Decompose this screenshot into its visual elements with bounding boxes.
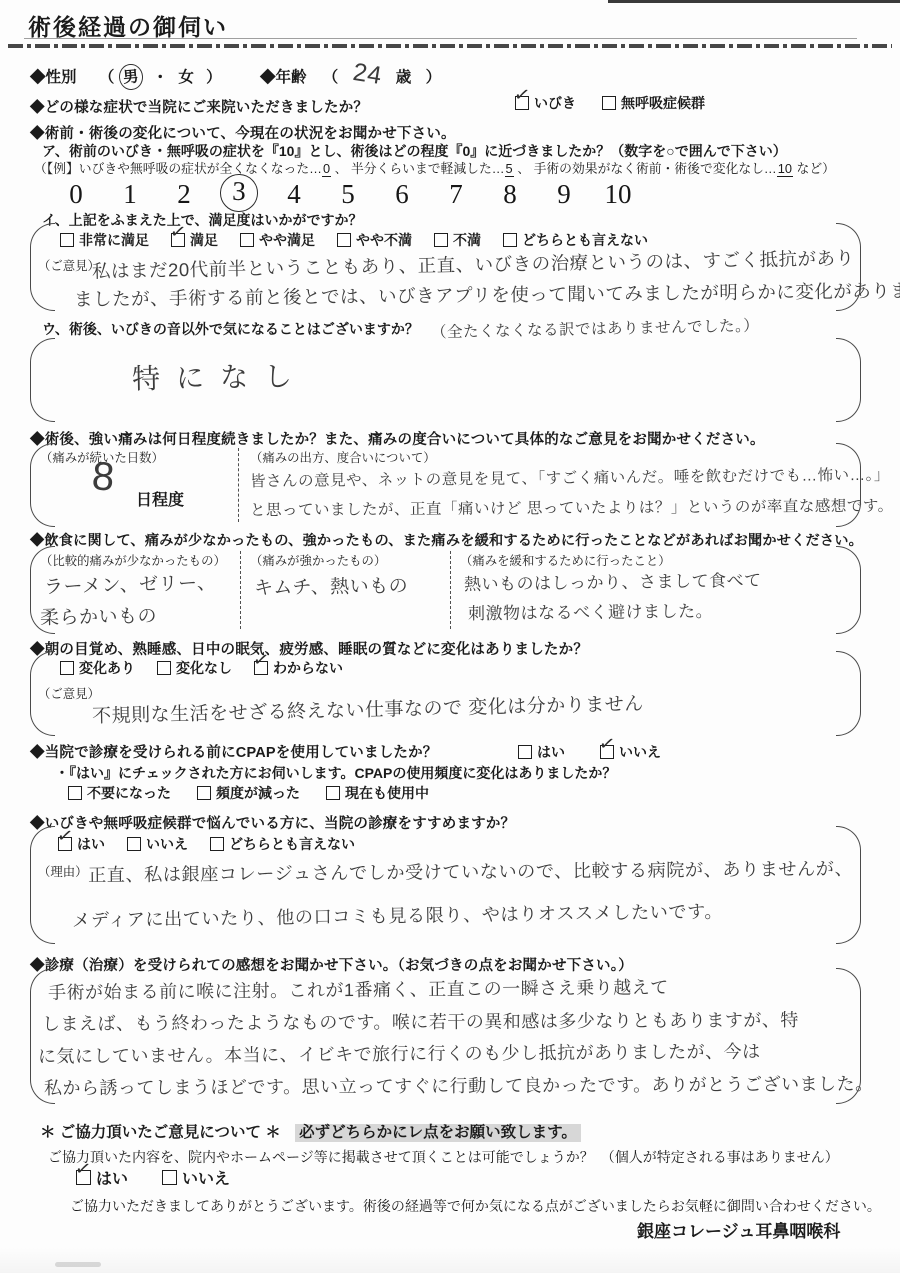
checkbox-label: どちらとも言えない [229,834,355,854]
checkbox-box: ✓ [503,233,517,247]
profile-row: ◆性別 （ 男 ・ 女 ） ◆年齢 （ 24 歳 ） [30,60,441,90]
checkbox-label: どちらとも言えない [522,230,648,250]
check-icon: ✓ [168,222,187,243]
scale-1[interactable]: 1 [112,176,148,212]
satisfaction-box: ✓非常に満足 ✓満足 ✓やや満足 ✓やや不満 ✓不満 ✓どちらとも言えない （ご… [30,223,861,311]
checkbox-label: 現在も使用中 [345,783,429,803]
checkbox-box: ✓ [127,837,141,851]
survey-form-page: 術後経過の御伺い ◆性別 （ 男 ・ 女 ） ◆年齢 （ 24 歳 ） ◆どの様… [0,0,900,1273]
publish-options: ✓はい ✓いいえ [76,1166,230,1189]
comment-label: （ご意見） [38,256,100,274]
handwritten-impression-line: に気にしていません。本当に、イビキで旅行に行くのも少し抵抗がありましたが、今は [38,1037,761,1068]
checkbox-label: やや不満 [356,230,412,250]
paren: ） [426,69,442,86]
check-icon: ✓ [73,1159,92,1180]
handwritten-eating-line: キムチ、熱いもの [254,571,408,600]
checkbox-publish-yes[interactable]: ✓はい [76,1166,128,1189]
checkbox-no-change[interactable]: ✓変化なし [157,658,232,678]
checkbox-still-using[interactable]: ✓現在も使用中 [326,783,429,803]
checkbox-label: やや満足 [259,230,315,250]
scale-8[interactable]: 8 [492,176,528,212]
handwritten-pain-line: 皆さんの意見や、ネットの意見を見て、「すごく痛いんだ。唾を飲むだけでも…怖い…。… [250,463,890,492]
checkbox-snoring[interactable]: ✓ いびき [515,93,576,113]
checkbox-box: ✓ [515,96,529,110]
footer-note-prefix: ＊ ご協力頂いたご意見について ＊ [40,1124,281,1141]
checkbox-no-longer-needed[interactable]: ✓不要になった [68,783,171,803]
eating-box: （比較的痛みが少なかったもの） （痛みが強かったもの） （痛みを緩和するために行… [30,546,861,634]
handwritten-reason-line: メディアに出ていたり、他の口コミも見る限り、やはりオススメしたいです。 [72,897,723,932]
checkbox-box: ✓ [602,96,616,110]
scale-2[interactable]: 2 [166,176,202,212]
checkbox-very-satisfied[interactable]: ✓非常に満足 [60,230,149,250]
age-value-handwritten: 24 [351,58,384,91]
scale-0[interactable]: 0 [58,176,94,212]
dot-separator: ・ [152,69,168,86]
checkbox-satisfied[interactable]: ✓満足 [171,230,218,250]
checkbox-box: ✓ [326,786,340,800]
scan-artifact-bottom [55,1262,101,1267]
scale-4[interactable]: 4 [276,176,312,212]
handwritten-impression-line: 手術が始まる前に喉に注射。これが1番痛く、正直この一瞬さえ乗り越えて [48,973,669,1004]
cpap-question: ◆当院で診療を受けられる前にCPAPを使用していましたか？ [30,741,438,762]
scan-artifact-top [608,0,900,3]
gender-male-circled[interactable]: 男 [118,63,144,91]
column-divider [450,551,451,629]
check-icon: ✓ [251,650,270,671]
checkbox-label: 変化なし [176,658,232,678]
checkbox-label: 頻度が減った [216,783,300,803]
pain-scale-row: 0 1 2 3 4 5 6 7 8 9 10 [58,176,636,212]
checkbox-label: 無呼吸症候群 [621,93,705,113]
checkbox-apnea[interactable]: ✓ 無呼吸症候群 [602,93,705,113]
checkbox-unknown[interactable]: ✓わからない [254,658,343,678]
scale-6[interactable]: 6 [384,176,420,212]
checkbox-label: わからない [273,658,343,678]
example-part: （【例】いびきや無呼吸の症状が全くなくなった… [34,161,322,176]
checkbox-box: ✓ [210,837,224,851]
handwritten-reason-line: 正直、私は銀座コレージュさんでしか受けていないので、比較する病院が、ありませんが… [88,855,853,888]
gender-label: ◆性別 [30,69,77,86]
checkbox-box: ✓ [157,661,171,675]
chain-divider [8,44,892,48]
checkbox-box: ✓ [60,233,74,247]
checkbox-label: 満足 [190,230,218,250]
scale-10[interactable]: 10 [600,176,636,212]
impression-box: 手術が始まる前に喉に注射。これが1番痛く、正直この一瞬さえ乗り越えて しまえば、… [30,968,861,1104]
checkbox-label: 変化あり [79,658,135,678]
checkbox-recommend-no[interactable]: ✓いいえ [127,834,188,854]
checkbox-label: はい [77,834,105,854]
checkbox-box: ✓ [58,837,72,851]
checkbox-changed[interactable]: ✓変化あり [60,658,135,678]
handwritten-answer: 特になし [132,354,309,397]
checkbox-box: ✓ [68,786,82,800]
checkbox-cpap-no[interactable]: ✓いいえ [600,742,661,762]
symptom-question: ◆どの様な症状で当院にご来院いただきましたか？ [30,96,368,117]
clinic-name: 銀座コレージュ耳鼻咽喉科 [637,1217,840,1242]
checkbox-box: ✓ [162,1170,177,1185]
checkbox-somewhat-satisfied[interactable]: ✓やや満足 [240,230,315,250]
checkbox-label: いびき [534,93,576,113]
comment-label: （ご意見） [38,684,100,702]
gender-female[interactable]: 女 [178,69,194,86]
checkbox-label: いいえ [619,742,661,762]
symptom-options: ✓ いびき ✓ 無呼吸症候群 [515,93,705,113]
checkbox-cpap-yes[interactable]: ✓はい [518,742,565,762]
eating-col-label: （痛みを緩和するために行ったこと） [460,551,671,569]
age-unit: 歳 [396,69,412,86]
checkbox-label: 不満 [453,230,481,250]
age-label: ◆年齢 [260,69,307,86]
checkbox-label: 不要になった [87,783,171,803]
checkbox-box: ✓ [240,233,254,247]
scale-5[interactable]: 5 [330,176,366,212]
sleep-box: ✓変化あり ✓変化なし ✓わからない （ご意見） 不規則な生活をせざる終えない仕… [30,651,861,736]
checkbox-box: ✓ [518,745,532,759]
checkbox-box: ✓ [254,661,268,675]
handwritten-impression-line: 私から誘ってしまうほどです。思い立ってすぐに行動して良かったです。ありがとうござ… [44,1070,874,1100]
checkbox-box: ✓ [171,233,185,247]
checkbox-label: はい [537,742,565,762]
footer-note-highlight: 必ずどちらかにレ点をお願い致します。 [295,1124,581,1142]
checkbox-publish-no[interactable]: ✓いいえ [162,1166,230,1189]
checkbox-label: いいえ [146,834,188,854]
footer-note-row: ＊ ご協力頂いたご意見について ＊ 必ずどちらかにレ点をお願い致します。 [40,1120,581,1142]
example-part: など） [793,161,835,176]
checkbox-label: 非常に満足 [79,230,149,250]
title-underline [24,38,857,39]
handwritten-eating-line: 刺激物はなるべく避けました。 [468,597,713,625]
scale-example: （【例】いびきや無呼吸の症状が全くなくなった…0 、 半分くらいまで軽減した…5… [34,158,835,177]
recommend-box: ✓はい ✓いいえ ✓どちらとも言えない （理由） 正直、私は銀座コレージュさんで… [30,826,861,944]
paren: ） [206,69,222,86]
scale-9[interactable]: 9 [546,176,582,212]
eating-col-label: （比較的痛みが少なかったもの） [40,551,226,569]
example-part: 、 手術の効果がなく術前・術後で変化なし… [514,161,777,176]
handwritten-impression-line: しまえば、もう終わったようなものです。喉に若干の異和感は多少なりともありますが、… [42,1006,799,1036]
checkbox-box: ✓ [60,661,74,675]
example-part: 、 半分くらいまで軽減した… [331,161,504,176]
checkbox-somewhat-dissatisfied[interactable]: ✓やや不満 [337,230,412,250]
paren: （ [323,69,339,86]
cpap-followup: ・『はい』にチェックされた方にお伺いします。CPAPの使用頻度に変化はありました… [55,763,616,783]
checkbox-neither[interactable]: ✓どちらとも言えない [503,230,648,250]
example-value-5: 5 [505,161,514,177]
checkbox-recommend-neither[interactable]: ✓どちらとも言えない [210,834,355,854]
checkbox-label: はい [96,1166,128,1189]
footer-thanks: ご協力いただきましてありがとうございます。術後の経過等で何か気になる点がございま… [70,1196,881,1216]
scale-3-selected[interactable]: 3 [219,173,258,212]
check-icon: ✓ [512,85,531,106]
other-concerns-label: ウ、術後、いびきの音以外で気になることはございますか？ [42,321,419,337]
example-value-0: 0 [322,161,331,177]
reason-label: （理由） [38,862,88,880]
pain-days-unit: 日程度 [136,487,184,510]
eating-col-label: （痛みが強かったもの） [250,551,386,569]
column-divider [240,551,241,629]
check-icon: ✓ [55,826,74,847]
sleep-options: ✓変化あり ✓変化なし ✓わからない [60,658,343,678]
checkbox-recommend-yes[interactable]: ✓はい [58,834,105,854]
handwritten-eating-line: 熱いものはしっかり、さまして食べて [464,566,762,595]
handwritten-eating-line: ラーメン、ゼリー、 [44,568,217,600]
recommend-options: ✓はい ✓いいえ ✓どちらとも言えない [58,834,355,854]
check-icon: ✓ [597,734,616,755]
pain-detail-label: （痛みの出方、度合いについて） [250,448,436,466]
checkbox-box: ✓ [197,786,211,800]
other-concerns-row: ウ、術後、いびきの音以外で気になることはございますか？ （全たくなくなる訳ではあ… [42,317,760,339]
example-value-10: 10 [777,161,793,177]
other-concerns-box: 特になし [30,338,861,422]
checkbox-label: いいえ [182,1166,230,1189]
scale-7[interactable]: 7 [438,176,474,212]
pain-box: （痛みが続いた日数） 8 日程度 （痛みの出方、度合いについて） 皆さんの意見や… [30,443,861,527]
change-question: ◆術前・術後の変化について、今現在の状況をお聞かせ下さい。 [30,122,456,143]
satisfaction-options: ✓非常に満足 ✓満足 ✓やや満足 ✓やや不満 ✓不満 ✓どちらとも言えない [60,230,648,250]
paren: （ [99,69,115,86]
column-divider [238,448,239,522]
handwritten-eating-line: 柔らかいもの [40,601,157,630]
handwritten-pain-line: と思っていましたが、正直「痛いけど 思っていたよりは？」というのが率直な感想です… [250,494,894,520]
checkbox-box: ✓ [337,233,351,247]
checkbox-frequency-decreased[interactable]: ✓頻度が減った [197,783,300,803]
handwritten-days: 8 [90,454,116,500]
cpap-followup-options: ✓不要になった ✓頻度が減った ✓現在も使用中 [68,783,429,803]
checkbox-box: ✓ [600,745,614,759]
checkbox-box: ✓ [76,1170,91,1185]
publish-question: ご協力頂いた内容を、院内やホームページ等に掲載させて頂くことは可能でしょうか？ … [48,1147,839,1167]
checkbox-dissatisfied[interactable]: ✓不満 [434,230,481,250]
handwritten-sleep-comment: 不規則な生活をせざる終えない仕事なので 変化は分かりません [92,689,644,729]
checkbox-box: ✓ [434,233,448,247]
